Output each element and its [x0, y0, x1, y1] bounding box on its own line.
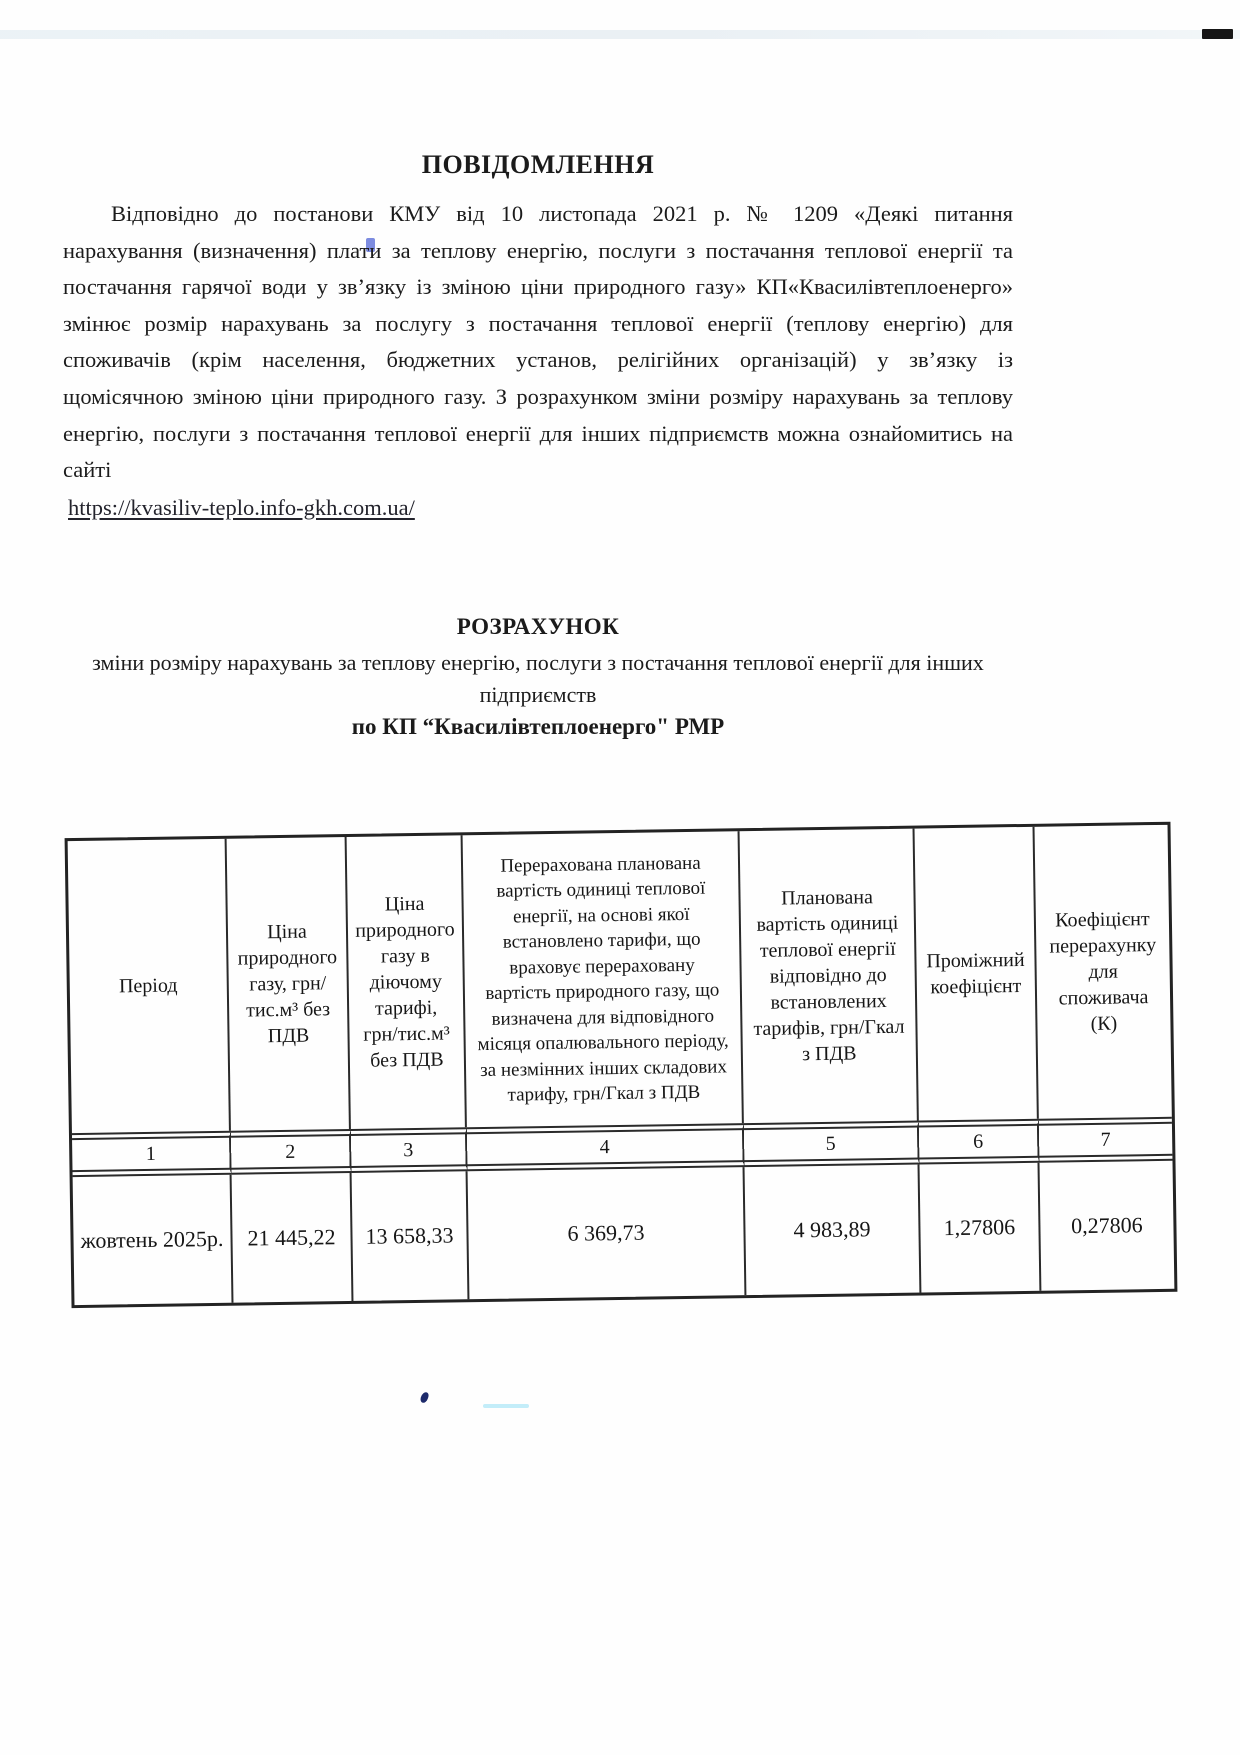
cell-interim-coefficient: 1,27806 — [920, 1163, 1042, 1293]
notice-paragraph: Відповідно до постанови КМУ від 10 листо… — [63, 196, 1013, 489]
scanned-document-page: ПОВІДОМЛЕННЯ Відповідно до постанови КМУ… — [0, 0, 1240, 1755]
cell-consumer-coefficient: 0,27806 — [1039, 1161, 1174, 1291]
header-gas-price-in-tariff: Ціна природного газу в діючому тарифі, г… — [347, 835, 467, 1129]
table-data-row: жовтень 2025р. 21 445,22 13 658,33 6 369… — [73, 1161, 1175, 1305]
tariff-table-wrapper: Період Ціна природного газу, грн/тис.м³ … — [65, 822, 1172, 1308]
column-number-cell: 2 — [231, 1129, 352, 1175]
website-link-line: https://kvasiliv-teplo.info-gkh.com.ua/ — [63, 489, 1013, 526]
scan-noise-band — [0, 30, 1240, 39]
notice-title: ПОВІДОМЛЕННЯ — [63, 150, 1013, 180]
cell-planned-cost: 4 983,89 — [745, 1165, 922, 1296]
document-body: ПОВІДОМЛЕННЯ Відповідно до постанови КМУ… — [63, 150, 1013, 740]
column-number-cell: 5 — [744, 1121, 920, 1168]
column-number-cell: 1 — [72, 1131, 232, 1177]
calculation-company: по КП “Квасилівтеплоенерго" РМР — [63, 714, 1013, 740]
calculation-subtitle: зміни розміру нарахувань за теплову енер… — [63, 647, 1013, 711]
table-header-row: Період Ціна природного газу, грн/тис.м³ … — [68, 825, 1172, 1133]
column-number-cell: 7 — [1039, 1117, 1173, 1163]
header-period: Період — [68, 839, 231, 1133]
header-gas-price: Ціна природного газу, грн/тис.м³ без ПДВ — [227, 837, 351, 1131]
scan-black-mark — [1202, 29, 1233, 39]
header-interim-coefficient: Проміжний коефіцієнт — [915, 827, 1039, 1121]
cell-gas-price: 21 445,22 — [232, 1173, 354, 1303]
cell-recalculated-cost: 6 369,73 — [468, 1167, 747, 1299]
ink-speck — [419, 1391, 429, 1404]
column-number-cell: 4 — [467, 1123, 745, 1171]
calculation-heading-block: РОЗРАХУНОК зміни розміру нарахувань за т… — [63, 614, 1013, 740]
cell-gas-price-in-tariff: 13 658,33 — [352, 1171, 470, 1301]
header-planned-cost: Планована вартість одиниці теплової енер… — [740, 829, 919, 1124]
column-number-cell: 6 — [919, 1119, 1040, 1165]
cyan-smudge — [483, 1404, 529, 1408]
calculation-title: РОЗРАХУНОК — [63, 614, 1013, 640]
column-number-cell: 3 — [351, 1127, 468, 1173]
website-link[interactable]: https://kvasiliv-teplo.info-gkh.com.ua/ — [68, 495, 415, 520]
cell-period: жовтень 2025р. — [73, 1175, 234, 1305]
header-consumer-coefficient: Коефіцієнт перерахунку для споживача (К) — [1035, 825, 1172, 1119]
tariff-table: Період Ціна природного газу, грн/тис.м³ … — [65, 822, 1178, 1308]
header-recalculated-cost: Перерахована планована вартість одиниці … — [463, 831, 744, 1127]
